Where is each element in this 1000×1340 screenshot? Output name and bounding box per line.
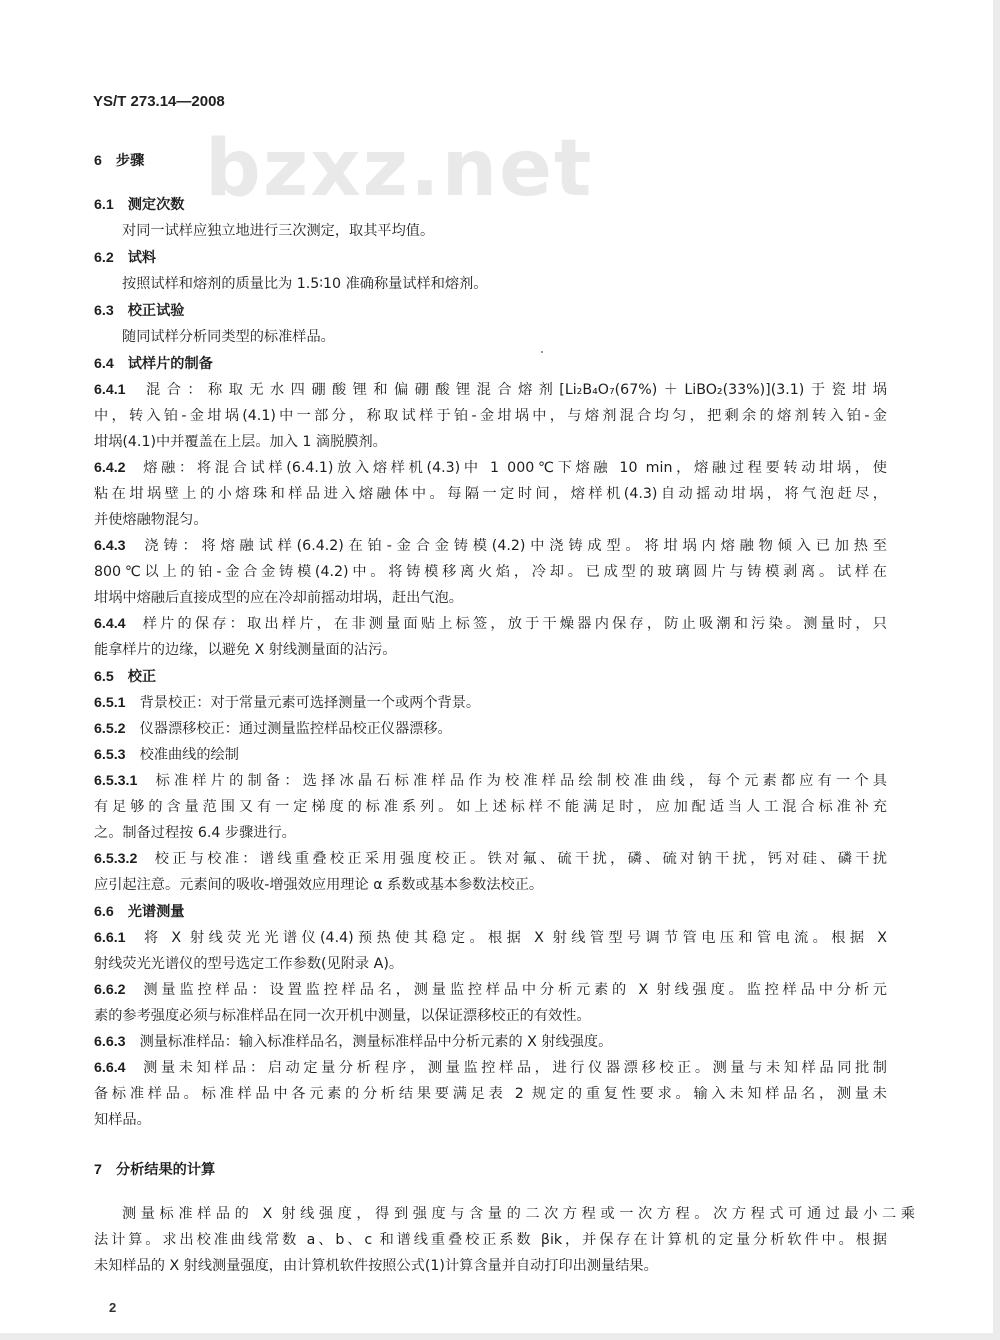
section-heading: 7分析结果的计算 xyxy=(94,1159,215,1179)
clause-number: 6.5.3.2 xyxy=(94,851,137,867)
clause-text: 未知样品的 X 射线测量强度，由计算机软件按照公式(1)计算含量并自动打印出测量… xyxy=(94,1258,658,1274)
clause-number: 6.5.1 xyxy=(94,695,126,711)
document-page: bzxz.net YS/T 273.14—2008 6步骤6.1测定次数对同一试… xyxy=(0,0,993,1333)
paragraph-line: 素的参考强度必须与标准样品在同一次开机中测量，以保证漂移校正的有效性。 xyxy=(94,1005,591,1025)
clause-text: 试料 xyxy=(128,250,156,266)
standard-code: YS/T 273.14—2008 xyxy=(93,93,225,110)
section-heading: 6.3校正试验 xyxy=(94,300,185,320)
clause-paragraph: 6.5.3.1标准样片的制备：选择冰晶石标准样品作为校准样品绘制校准曲线，每个元… xyxy=(94,770,887,790)
paragraph-line: 800℃以上的铂-金合金铸模(4.2)中。将铸模移离火焰，冷却。已成型的玻璃圆片… xyxy=(94,561,887,581)
clause-text: 射线荧光光谱仪的型号选定工作参数(见附录 A)。 xyxy=(94,956,403,972)
clause-number: 6.2 xyxy=(94,250,114,266)
clause-text: 混合：称取无水四硼酸锂和偏硼酸锂混合熔剂[Li₂B₄O₇(67%)＋LiBO₂(… xyxy=(140,382,887,398)
speck xyxy=(541,351,543,353)
clause-text: 测量标准样品：输入标准样品名，测量标准样品中分析元素的 X 射线强度。 xyxy=(140,1034,613,1050)
paragraph-line: 备标准样品。标准样品中各元素的分析结果要满足表 2 规定的重复性要求。输入未知样… xyxy=(94,1083,887,1103)
page-number: 2 xyxy=(109,1300,116,1315)
paragraph-line: 未知样品的 X 射线测量强度，由计算机软件按照公式(1)计算含量并自动打印出测量… xyxy=(94,1255,658,1275)
paragraph-line: 射线荧光光谱仪的型号选定工作参数(见附录 A)。 xyxy=(94,953,403,973)
clause-text: 法计算。求出校准曲线常数 a、b、c 和谱线重叠校正系数 βik，并保存在计算机… xyxy=(94,1232,887,1248)
clause-paragraph: 6.4.1混合：称取无水四硼酸锂和偏硼酸锂混合熔剂[Li₂B₄O₇(67%)＋L… xyxy=(94,379,887,399)
clause-text: 校准曲线的绘制 xyxy=(140,747,239,763)
paragraph-line: 中，转入铂-金坩埚(4.1)中一部分，称取试样于铂-金坩埚中，与熔剂混合均匀，把… xyxy=(94,405,887,425)
paragraph-line: 对同一试样应独立地进行三次测定，取其平均值。 xyxy=(94,220,434,240)
clause-number: 6.6.3 xyxy=(94,1034,126,1050)
paragraph-line: 知样品。 xyxy=(94,1109,151,1129)
clause-text: 并使熔融物混匀。 xyxy=(94,512,208,528)
clause-number: 6.4.1 xyxy=(94,382,126,398)
clause-text: 将 X 射线荧光光谱仪(4.4)预热使其稳定。根据 X 射线管型号调节管电压和管… xyxy=(140,930,887,946)
clause-text: 测定次数 xyxy=(128,197,185,213)
clause-number: 6.5.2 xyxy=(94,721,126,737)
clause-number: 6.5 xyxy=(94,669,114,685)
clause-number: 6.4.4 xyxy=(94,616,126,632)
clause-text: 按照试样和熔剂的质量比为 1.5∶10 准确称量试样和熔剂。 xyxy=(122,276,487,292)
clause-text: 粘在坩埚壁上的小熔珠和样品进入熔融体中。每隔一定时间，熔样机(4.3)自动摇动坩… xyxy=(94,486,887,502)
clause-paragraph: 6.6.1将 X 射线荧光光谱仪(4.4)预热使其稳定。根据 X 射线管型号调节… xyxy=(94,927,887,947)
paragraph-line: 坩埚(4.1)中并覆盖在上层。加入 1 滴脱膜剂。 xyxy=(94,431,387,451)
section-heading: 6.2试料 xyxy=(94,247,156,267)
clause-text: 浇铸：将熔融试样(6.4.2)在铂-金合金铸模(4.2)中浇铸成型。将坩埚内熔融… xyxy=(140,538,887,554)
clause-paragraph: 6.6.4测量未知样品：启动定量分析程序，测量监控样品，进行仪器漂移校正。测量与… xyxy=(94,1057,887,1077)
paragraph-line: 按照试样和熔剂的质量比为 1.5∶10 准确称量试样和熔剂。 xyxy=(94,273,487,293)
clause-text: 样片的保存：取出样片，在非测量面贴上标签，放于干燥器内保存，防止吸潮和污染。测量… xyxy=(140,616,887,632)
clause-text: 试样片的制备 xyxy=(128,356,213,372)
clause-number: 6.6.4 xyxy=(94,1060,126,1076)
watermark: bzxz.net xyxy=(205,130,593,208)
clause-paragraph: 6.4.2熔融：将混合试样(6.4.1)放入熔样机(4.3)中 1 000℃下熔… xyxy=(94,457,887,477)
clause-text: 光谱测量 xyxy=(128,904,185,920)
clause-text: 步骤 xyxy=(116,153,144,169)
clause-text: 坩埚(4.1)中并覆盖在上层。加入 1 滴脱膜剂。 xyxy=(94,434,387,450)
clause-number: 6.1 xyxy=(94,197,114,213)
clause-number: 6.4.2 xyxy=(94,460,126,476)
paragraph-line: 坩埚中熔融后直接成型的应在冷却前摇动坩埚，赶出气泡。 xyxy=(94,587,463,607)
clause-text: 测量未知样品：启动定量分析程序，测量监控样品，进行仪器漂移校正。测量与未知样品同… xyxy=(140,1060,887,1076)
paragraph-line: 测量标准样品的 X 射线强度，得到强度与含量的二次方程或一次方程。次方程式可通过… xyxy=(94,1203,915,1223)
paragraph-line: 粘在坩埚壁上的小熔珠和样品进入熔融体中。每隔一定时间，熔样机(4.3)自动摇动坩… xyxy=(94,483,887,503)
paragraph-line: 应引起注意。元素间的吸收-增强效应用理论 α 系数或基本参数法校正。 xyxy=(94,874,543,894)
clause-paragraph: 6.5.3校准曲线的绘制 xyxy=(94,744,239,764)
clause-number: 6.3 xyxy=(94,303,114,319)
clause-text: 校正 xyxy=(128,669,156,685)
clause-text: 分析结果的计算 xyxy=(116,1162,215,1178)
clause-text: 之。制备过程按 6.4 步骤进行。 xyxy=(94,825,296,841)
paragraph-line: 随同试样分析同类型的标准样品。 xyxy=(94,326,335,346)
clause-paragraph: 6.5.2仪器漂移校正：通过测量监控样品校正仪器漂移。 xyxy=(94,718,452,738)
clause-text: 有足够的含量范围又有一定梯度的标准系列。如上述标样不能满足时，应加配适当人工混合… xyxy=(94,799,887,815)
clause-number: 6.6 xyxy=(94,904,114,920)
clause-number: 6.5.3 xyxy=(94,747,126,763)
paragraph-line: 之。制备过程按 6.4 步骤进行。 xyxy=(94,822,296,842)
clause-paragraph: 6.4.4样片的保存：取出样片，在非测量面贴上标签，放于干燥器内保存，防止吸潮和… xyxy=(94,613,887,633)
clause-paragraph: 6.6.2测量监控样品：设置监控样品名，测量监控样品中分析元素的 X 射线强度。… xyxy=(94,979,887,999)
clause-text: 能拿样片的边缘，以避免 X 射线测量面的沾污。 xyxy=(94,642,397,658)
clause-number: 6.4 xyxy=(94,356,114,372)
clause-text: 测量监控样品：设置监控样品名，测量监控样品中分析元素的 X 射线强度。监控样品中… xyxy=(140,982,887,998)
clause-text: 测量标准样品的 X 射线强度，得到强度与含量的二次方程或一次方程。次方程式可通过… xyxy=(122,1206,915,1222)
clause-text: 标准样片的制备：选择冰晶石标准样品作为校准样品绘制校准曲线，每个元素都应有一个具 xyxy=(151,773,887,789)
paragraph-line: 法计算。求出校准曲线常数 a、b、c 和谱线重叠校正系数 βik，并保存在计算机… xyxy=(94,1229,887,1249)
clause-number: 6.6.1 xyxy=(94,930,126,946)
section-heading: 6.4试样片的制备 xyxy=(94,353,213,373)
section-heading: 6.1测定次数 xyxy=(94,194,185,214)
clause-text: 背景校正：对于常量元素可选择测量一个或两个背景。 xyxy=(140,695,481,711)
clause-number: 6.5.3.1 xyxy=(94,773,137,789)
clause-text: 素的参考强度必须与标准样品在同一次开机中测量，以保证漂移校正的有效性。 xyxy=(94,1008,591,1024)
clause-text: 知样品。 xyxy=(94,1112,151,1128)
section-heading: 6.6光谱测量 xyxy=(94,901,185,921)
clause-text: 中，转入铂-金坩埚(4.1)中一部分，称取试样于铂-金坩埚中，与熔剂混合均匀，把… xyxy=(94,408,887,424)
clause-text: 应引起注意。元素间的吸收-增强效应用理论 α 系数或基本参数法校正。 xyxy=(94,877,543,893)
clause-text: 熔融：将混合试样(6.4.1)放入熔样机(4.3)中 1 000℃下熔融 10 … xyxy=(140,460,887,476)
clause-paragraph: 6.5.1背景校正：对于常量元素可选择测量一个或两个背景。 xyxy=(94,692,480,712)
clause-paragraph: 6.6.3测量标准样品：输入标准样品名，测量标准样品中分析元素的 X 射线强度。 xyxy=(94,1031,612,1051)
clause-text: 800℃以上的铂-金合金铸模(4.2)中。将铸模移离火焰，冷却。已成型的玻璃圆片… xyxy=(94,564,887,580)
section-heading: 6.5校正 xyxy=(94,666,156,686)
clause-number: 7 xyxy=(94,1162,102,1178)
clause-text: 备标准样品。标准样品中各元素的分析结果要满足表 2 规定的重复性要求。输入未知样… xyxy=(94,1086,887,1102)
clause-text: 随同试样分析同类型的标准样品。 xyxy=(122,329,335,345)
clause-number: 6.6.2 xyxy=(94,982,126,998)
clause-number: 6 xyxy=(94,153,102,169)
paragraph-line: 有足够的含量范围又有一定梯度的标准系列。如上述标样不能满足时，应加配适当人工混合… xyxy=(94,796,887,816)
clause-text: 对同一试样应独立地进行三次测定，取其平均值。 xyxy=(122,223,434,239)
clause-paragraph: 6.4.3浇铸：将熔融试样(6.4.2)在铂-金合金铸模(4.2)中浇铸成型。将… xyxy=(94,535,887,555)
paragraph-line: 并使熔融物混匀。 xyxy=(94,509,208,529)
clause-text: 仪器漂移校正：通过测量监控样品校正仪器漂移。 xyxy=(140,721,452,737)
section-heading: 6步骤 xyxy=(94,150,144,170)
clause-text: 坩埚中熔融后直接成型的应在冷却前摇动坩埚，赶出气泡。 xyxy=(94,590,463,606)
paragraph-line: 能拿样片的边缘，以避免 X 射线测量面的沾污。 xyxy=(94,639,397,659)
clause-text: 校正试验 xyxy=(128,303,185,319)
clause-number: 6.4.3 xyxy=(94,538,126,554)
clause-paragraph: 6.5.3.2校正与校准：谱线重叠校正采用强度校正。铁对氟、硫干扰，磷、硫对钠干… xyxy=(94,848,887,868)
clause-text: 校正与校准：谱线重叠校正采用强度校正。铁对氟、硫干扰，磷、硫对钠干扰，钙对硅、磷… xyxy=(151,851,887,867)
